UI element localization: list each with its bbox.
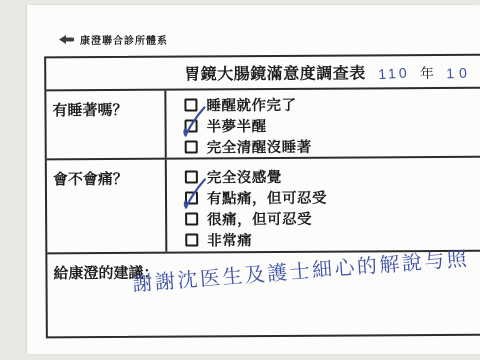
form-title: 胃鏡大腸鏡滿意度調查表 bbox=[184, 65, 366, 83]
checkbox-icon bbox=[185, 119, 198, 132]
question-row-pain: 會不會痛？ 完全沒感覺 有點痛，但可忍受 bbox=[47, 158, 480, 255]
option-row: 完全沒感覺 bbox=[185, 165, 480, 188]
scanned-survey-form: 康澄聯合診所體系 胃鏡大腸鏡滿意度調查表 110 年 10 月 23 有睡著嗎？… bbox=[0, 0, 480, 360]
option-label: 睡醒就作完了 bbox=[206, 94, 296, 116]
checkbox-icon bbox=[185, 212, 198, 225]
year-unit-label: 年 bbox=[420, 65, 434, 81]
question-label: 會不會痛？ bbox=[47, 160, 168, 253]
option-row: 睡醒就作完了 bbox=[184, 93, 480, 116]
option-label: 完全清醒沒睡著 bbox=[207, 136, 312, 158]
clinic-logo: 康澄聯合診所體系 bbox=[59, 32, 168, 47]
option-label: 很痛，但可忍受 bbox=[207, 208, 312, 230]
option-label: 有點痛，但可忍受 bbox=[207, 187, 327, 209]
option-row-checked: 有點痛，但可忍受 bbox=[185, 186, 480, 209]
checkbox-icon bbox=[184, 98, 197, 111]
handwritten-year: 110 bbox=[378, 61, 411, 85]
question-row-sleep: 有睡著嗎？ 睡醒就作完了 半夢半醒 bbox=[46, 89, 480, 161]
option-row-checked: 半夢半醒 bbox=[185, 114, 480, 137]
survey-table: 胃鏡大腸鏡滿意度調查表 110 年 10 月 23 有睡著嗎？ 睡醒就作完了 bbox=[44, 54, 480, 339]
checkbox-icon bbox=[185, 191, 198, 204]
option-label: 非常痛 bbox=[207, 229, 252, 250]
option-row: 很痛，但可忍受 bbox=[185, 207, 480, 230]
option-label: 完全沒感覺 bbox=[207, 166, 282, 187]
checkbox-icon bbox=[185, 170, 198, 183]
checkbox-icon bbox=[185, 233, 198, 246]
handwritten-month: 10 bbox=[446, 61, 472, 84]
clinic-name: 康澄聯合診所體系 bbox=[80, 32, 168, 47]
question-label: 有睡著嗎？ bbox=[46, 91, 166, 159]
title-row: 胃鏡大腸鏡滿意度調查表 110 年 10 月 23 bbox=[46, 56, 480, 92]
option-row: 完全清醒沒睡著 bbox=[185, 135, 480, 158]
arrow-left-icon bbox=[59, 35, 75, 44]
option-label: 半夢半醒 bbox=[207, 115, 267, 136]
suggestion-row: 給康澄的建議： 謝謝沈医生及護士細心的解說与照 bbox=[47, 252, 480, 335]
checkbox-icon bbox=[185, 140, 198, 153]
